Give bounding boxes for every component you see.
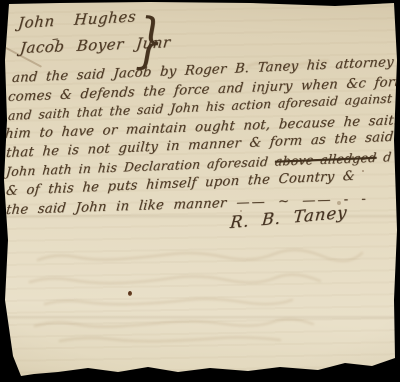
manuscript-paper: John Hughes – Jacob Boyer Junr } and the… [0,0,400,382]
body-line-6-post: d [376,149,392,165]
ink-spot [128,291,132,296]
photo-background: John Hughes – Jacob Boyer Junr } and the… [0,0,400,382]
